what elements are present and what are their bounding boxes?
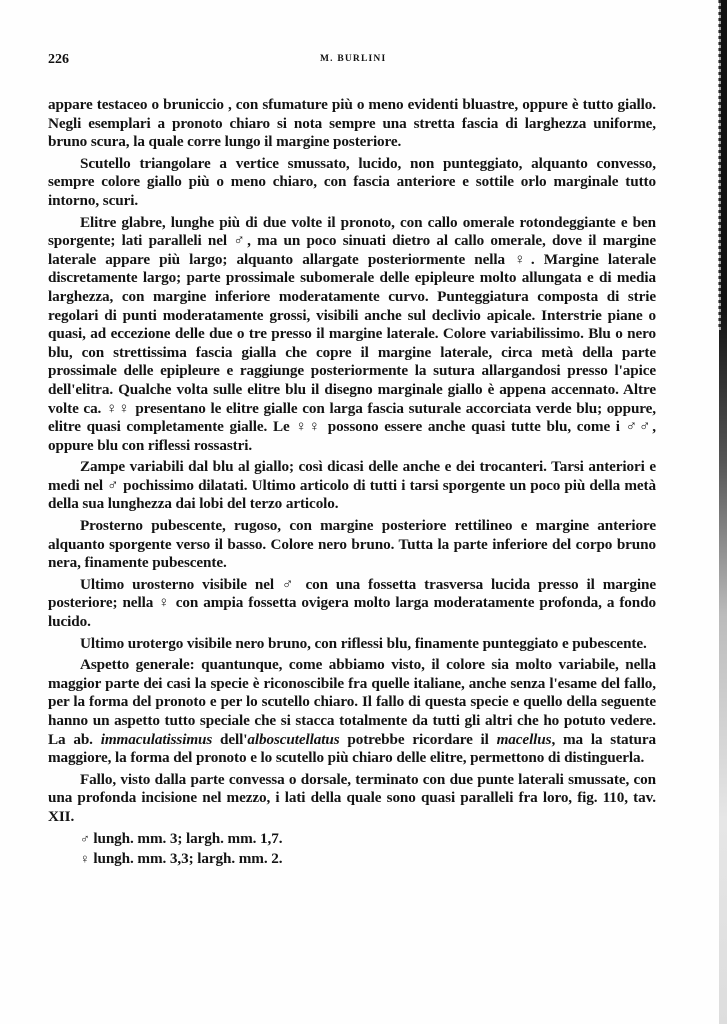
paragraph-fallo: Fallo, visto dalla parte convessa o dors… (48, 771, 656, 827)
scan-edge-noise (718, 0, 721, 330)
female-symbol-icon: ♀ (80, 851, 90, 866)
paragraph-scutello: Scutello triangolare a vertice smussato,… (48, 155, 656, 211)
paragraph-pronoto-continued: appare testaceo o bruniccio , con sfumat… (48, 96, 656, 152)
paragraph-aspetto-generale: Aspetto generale: quantunque, come abbia… (48, 656, 656, 768)
paragraph-urosterno: Ultimo urosterno visibile nel ♂ con una … (48, 576, 656, 632)
male-symbol-icon: ♂ (80, 831, 90, 846)
taxon-name-immaculatissimus: immaculatissimus (101, 731, 213, 748)
text-segment: dell' (212, 731, 247, 748)
taxon-name-alboscutellatus: alboscutellatus (247, 731, 339, 748)
taxon-name-macellus: macellus (497, 731, 552, 748)
scanned-page: 226 M. BURLINI appare testaceo o brunicc… (0, 0, 727, 1024)
page-number: 226 (48, 52, 69, 68)
running-head: 226 M. BURLINI (48, 52, 654, 68)
paragraph-urotergo: Ultimo urotergo visibile nero bruno, con… (48, 635, 656, 654)
body-text: appare testaceo o bruniccio , con sfumat… (48, 96, 656, 871)
measurement-female: ♀ lungh. mm. 3,3; largh. mm. 2. (48, 850, 656, 869)
paragraph-zampe: Zampe variabili dal blu al giallo; così … (48, 458, 656, 514)
author-running-title: M. BURLINI (320, 54, 386, 64)
measurement-male: ♂ lungh. mm. 3; largh. mm. 1,7. (48, 830, 656, 849)
measurement-text: lungh. mm. 3; largh. mm. 1,7. (93, 830, 282, 847)
text-segment: potrebbe ricordare il (340, 731, 497, 748)
paragraph-prosterno: Prosterno pubescente, rugoso, con margin… (48, 517, 656, 573)
measurement-text: lungh. mm. 3,3; largh. mm. 2. (93, 850, 282, 867)
paragraph-elitre: Elitre glabre, lunghe più di due volte i… (48, 214, 656, 456)
